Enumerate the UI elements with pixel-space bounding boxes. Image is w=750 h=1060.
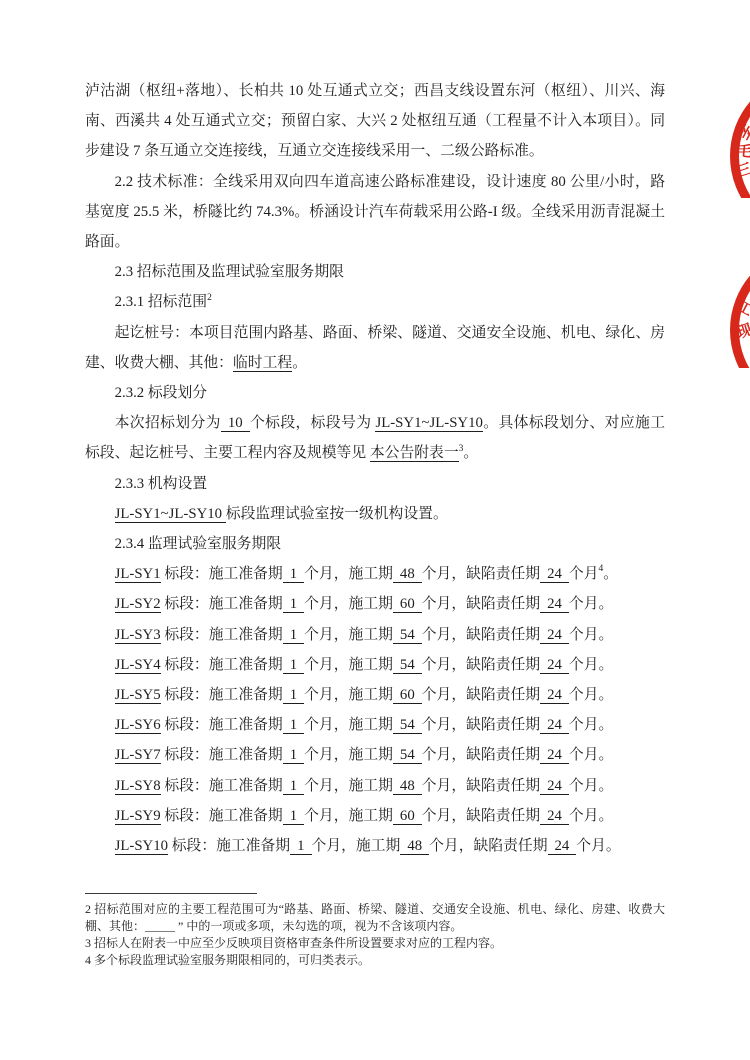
service-row-jl-sy4: JL-SY4 标段：施工准备期1个月，施工期54个月，缺陷责任期24个月。 xyxy=(85,650,665,680)
document-page: 泸沽湖（枢纽+落地）、长柏共 10 处互通式立交；西昌支线设置东河（枢纽）、川兴… xyxy=(0,0,750,1060)
seal-character: 工 xyxy=(734,298,750,319)
heading-service-period: 2.3.4 监理试验室服务期限 xyxy=(85,529,665,559)
seal-character: 三 xyxy=(735,161,750,181)
seal-character: 州 xyxy=(734,122,750,143)
seal-characters: 州 毛 三 xyxy=(737,125,750,179)
seal-characters: 工 现 xyxy=(737,301,750,340)
service-row-jl-sy7: JL-SY7 标段：施工准备期1个月，施工期54个月，缺陷责任期24个月。 xyxy=(85,740,665,770)
paragraph-tender-scope: 起讫桩号：本项目范围内路基、路面、桥梁、隧道、交通安全设施、机电、绿化、房建、收… xyxy=(85,318,665,378)
heading-section-division: 2.3.2 标段划分 xyxy=(85,378,665,408)
paragraph-interchange-overview: 泸沽湖（枢纽+落地）、长柏共 10 处互通式立交；西昌支线设置东河（枢纽）、川兴… xyxy=(85,76,665,167)
paragraph-technical-standard: 2.2 技术标准：全线采用双向四车道高速公路标准建设，设计速度 80 公里/小时… xyxy=(85,167,665,258)
footnote-3: 3 招标人在附表一中应至少反映项目资格审查条件所设置要求对应的工程内容。 xyxy=(85,935,665,952)
heading-tender-scope: 2.3.1 招标范围2 xyxy=(85,287,665,317)
service-row-jl-sy6: JL-SY6 标段：施工准备期1个月，施工期54个月，缺陷责任期24个月。 xyxy=(85,710,665,740)
service-row-jl-sy8: JL-SY8 标段：施工准备期1个月，施工期48个月，缺陷责任期24个月。 xyxy=(85,771,665,801)
red-seal-fragment-bottom: 工 现 xyxy=(727,276,750,368)
seal-character: 现 xyxy=(735,322,750,342)
seal-character: 毛 xyxy=(736,143,750,160)
footnote-2: 2 招标范围对应的主要工程范围可为“路基、路面、桥梁、隧道、交通安全设施、机电、… xyxy=(85,901,665,935)
footnotes-block: 2 招标范围对应的主要工程范围可为“路基、路面、桥梁、隧道、交通安全设施、机电、… xyxy=(85,893,665,969)
service-row-jl-sy1: JL-SY1 标段：施工准备期1个月，施工期48个月，缺陷责任期24个月4。 xyxy=(85,559,665,589)
service-row-jl-sy9: JL-SY9 标段：施工准备期1个月，施工期60个月，缺陷责任期24个月。 xyxy=(85,801,665,831)
heading-organization-setup: 2.3.3 机构设置 xyxy=(85,469,665,499)
footnote-separator-line xyxy=(85,893,257,894)
service-row-jl-sy3: JL-SY3 标段：施工准备期1个月，施工期54个月，缺陷责任期24个月。 xyxy=(85,620,665,650)
service-row-jl-sy5: JL-SY5 标段：施工准备期1个月，施工期60个月，缺陷责任期24个月。 xyxy=(85,680,665,710)
paragraph-section-division: 本次招标划分为10个标段，标段号为 JL-SY1~JL-SY10。具体标段划分、… xyxy=(85,408,665,468)
service-row-jl-sy10: JL-SY10 标段：施工准备期1个月，施工期48个月，缺陷责任期24个月。 xyxy=(85,831,665,861)
heading-scope-and-service-period: 2.3 招标范围及监理试验室服务期限 xyxy=(85,257,665,287)
footnote-4: 4 多个标段监理试验室服务期限相同的，可归类表示。 xyxy=(85,952,665,969)
service-row-jl-sy2: JL-SY2 标段：施工准备期1个月，施工期60个月，缺陷责任期24个月。 xyxy=(85,589,665,619)
document-body: 泸沽湖（枢纽+落地）、长柏共 10 处互通式立交；西昌支线设置东河（枢纽）、川兴… xyxy=(85,76,665,861)
red-seal-fragment-top: 州 毛 三 xyxy=(727,98,750,198)
paragraph-organization-setup: JL-SY1~JL-SY10 标段监理试验室按一级机构设置。 xyxy=(85,499,665,529)
